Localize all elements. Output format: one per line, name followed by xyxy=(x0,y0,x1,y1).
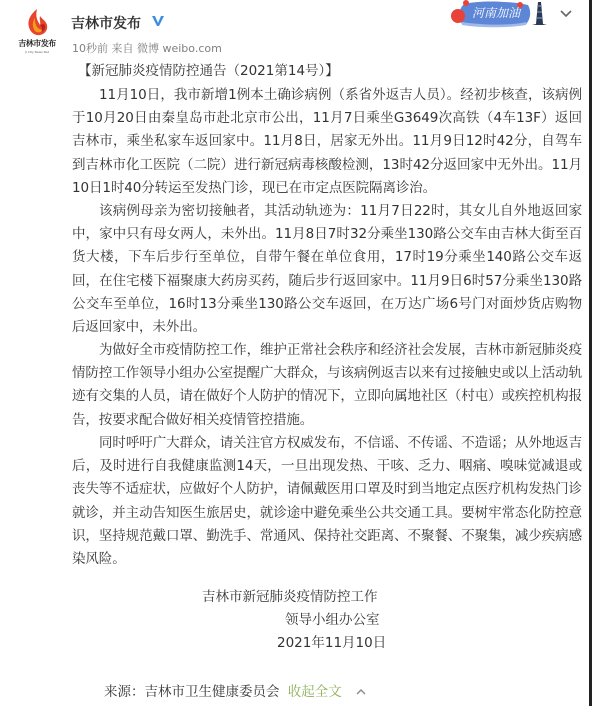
collapse-full-text-link[interactable]: 收起全文 xyxy=(288,684,342,700)
avatar-label: 吉林市发布 xyxy=(14,38,60,49)
verified-icon xyxy=(151,14,165,28)
article-paragraph: 为做好全市疫情防控工作，维护正常社会秩序和经济社会发展，吉林市新冠肺炎疫情防控工… xyxy=(72,339,582,432)
flame-logo-icon xyxy=(23,8,51,38)
chevron-down-icon[interactable] xyxy=(560,9,572,19)
article-paragraph: 同时呼吁广大群众，请关注官方权威发布，不信谣、不传谣、不造谣；从外地返吉后，及时… xyxy=(72,432,582,572)
post-header: 吉林市发布 Jl City News Net 吉林市发布 10秒前 来自 微博 … xyxy=(0,0,592,62)
account-name[interactable]: 吉林市发布 xyxy=(71,13,141,33)
article-paragraph: 11月10日，我市新增1例本土确诊病例（系省外返吉人员）。经初步核查，该病例于1… xyxy=(72,84,582,200)
henan-support-banner: 河南加油 xyxy=(440,0,555,28)
banner-text: 河南加油 xyxy=(472,6,522,20)
signature-line-2: 领导小组办公室 xyxy=(285,609,380,631)
article-title: 【新冠肺炎疫情防控通告（2021第14号）】 xyxy=(78,60,339,82)
post-meta: 10秒前 来自 微博 weibo.com xyxy=(72,40,222,56)
chevron-up-icon[interactable] xyxy=(356,688,366,696)
article-paragraph: 该病例母亲为密切接触者，其活动轨迹为：11月7日22时，其女儿自外地返回家中，家… xyxy=(72,200,582,339)
banner-graphic-icon: 河南加油 xyxy=(440,0,555,28)
signature-line-1: 吉林市新冠肺炎疫情防控工作 xyxy=(202,586,378,608)
signature-date: 2021年11月10日 xyxy=(277,632,386,654)
avatar-sublabel: Jl City News Net xyxy=(14,50,60,54)
source-label: 来源：吉林市卫生健康委员会 xyxy=(104,684,280,700)
avatar[interactable]: 吉林市发布 Jl City News Net xyxy=(14,8,60,58)
source-line: 来源：吉林市卫生健康委员会 收起全文 xyxy=(104,680,366,700)
